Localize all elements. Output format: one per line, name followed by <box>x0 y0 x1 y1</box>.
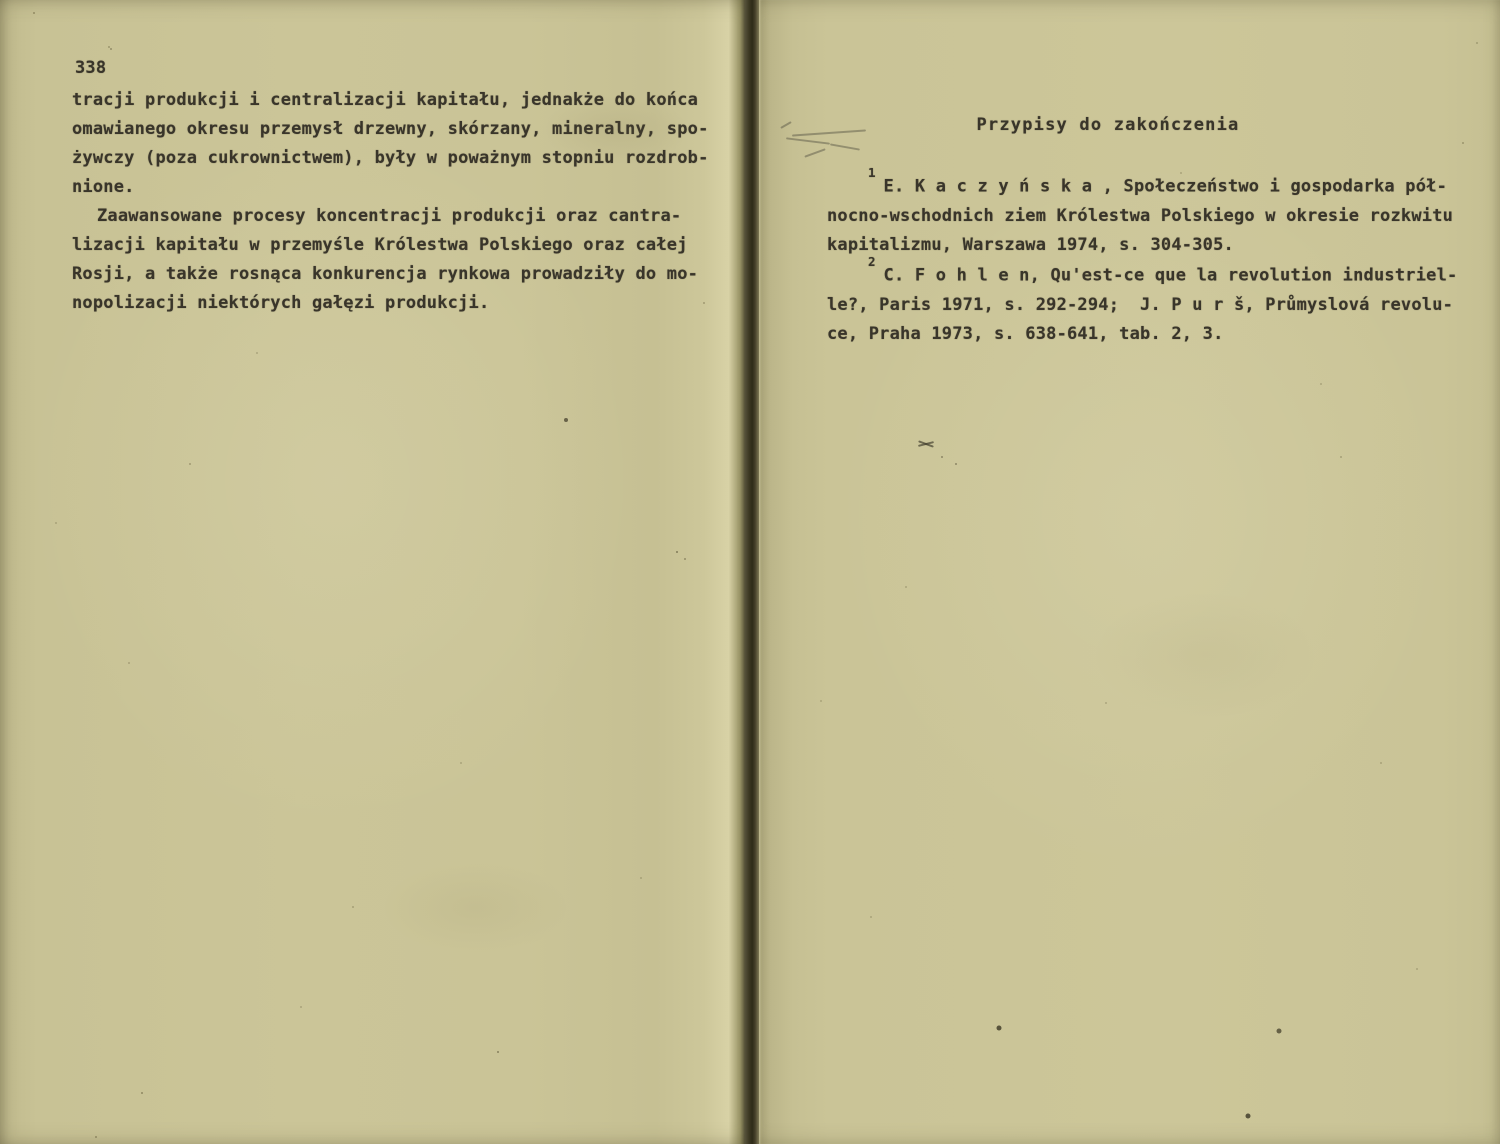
footnote-marker: 2 <box>868 247 876 276</box>
footnote-line: nocno-wschodnich ziem Królestwa Polskieg… <box>827 202 1487 231</box>
footnote-line: ce, Praha 1973, s. 638-641, tab. 2, 3. <box>827 320 1487 349</box>
section-heading: Przypisy do zakończenia <box>827 111 1451 140</box>
footnote-text: C. F o h l e n, Qu'est-ce que la revolut… <box>884 266 1458 286</box>
body-text-line: lizacji kapitału w przemyśle Królestwa P… <box>72 231 722 260</box>
body-text-line: nopolizacji niektórych gałęzi produkcji. <box>72 289 722 318</box>
body-text-line: żywczy (poza cukrownictwem), były w powa… <box>72 144 722 173</box>
footnote-2: 2C. F o h l e n, Qu'est-ce que la revolu… <box>827 255 1487 349</box>
body-text-line: omawianego okresu przemysł drzewny, skór… <box>72 115 722 144</box>
body-text-line: Zaawansowane procesy koncentracji produk… <box>72 202 722 231</box>
footnote-line: 1E. K a c z y ń s k a , Społeczeństwo i … <box>827 166 1487 202</box>
book-spread: 338 tracji produkcji i centralizacji kap… <box>0 0 1500 1144</box>
footnote-line: le?, Paris 1971, s. 292-294; J. P u r š,… <box>827 291 1487 320</box>
page-number: 338 <box>75 54 106 83</box>
book-gutter <box>745 0 759 1144</box>
body-text: tracji produkcji i centralizacji kapitał… <box>72 86 722 318</box>
left-page: 338 tracji produkcji i centralizacji kap… <box>0 0 745 1144</box>
footnote-1: 1E. K a c z y ń s k a , Społeczeństwo i … <box>827 166 1487 260</box>
body-text-line: tracji produkcji i centralizacji kapitał… <box>72 86 722 115</box>
right-page: Przypisy do zakończenia 1E. K a c z y ń … <box>759 0 1500 1144</box>
footnote-line: 2C. F o h l e n, Qu'est-ce que la revolu… <box>827 255 1487 291</box>
footnote-marker: 1 <box>868 158 876 187</box>
body-text-line: Rosji, a także rosnąca konkurencja rynko… <box>72 260 722 289</box>
body-text-line: nione. <box>72 173 722 202</box>
footnote-text: E. K a c z y ń s k a , Społeczeństwo i g… <box>884 177 1447 197</box>
